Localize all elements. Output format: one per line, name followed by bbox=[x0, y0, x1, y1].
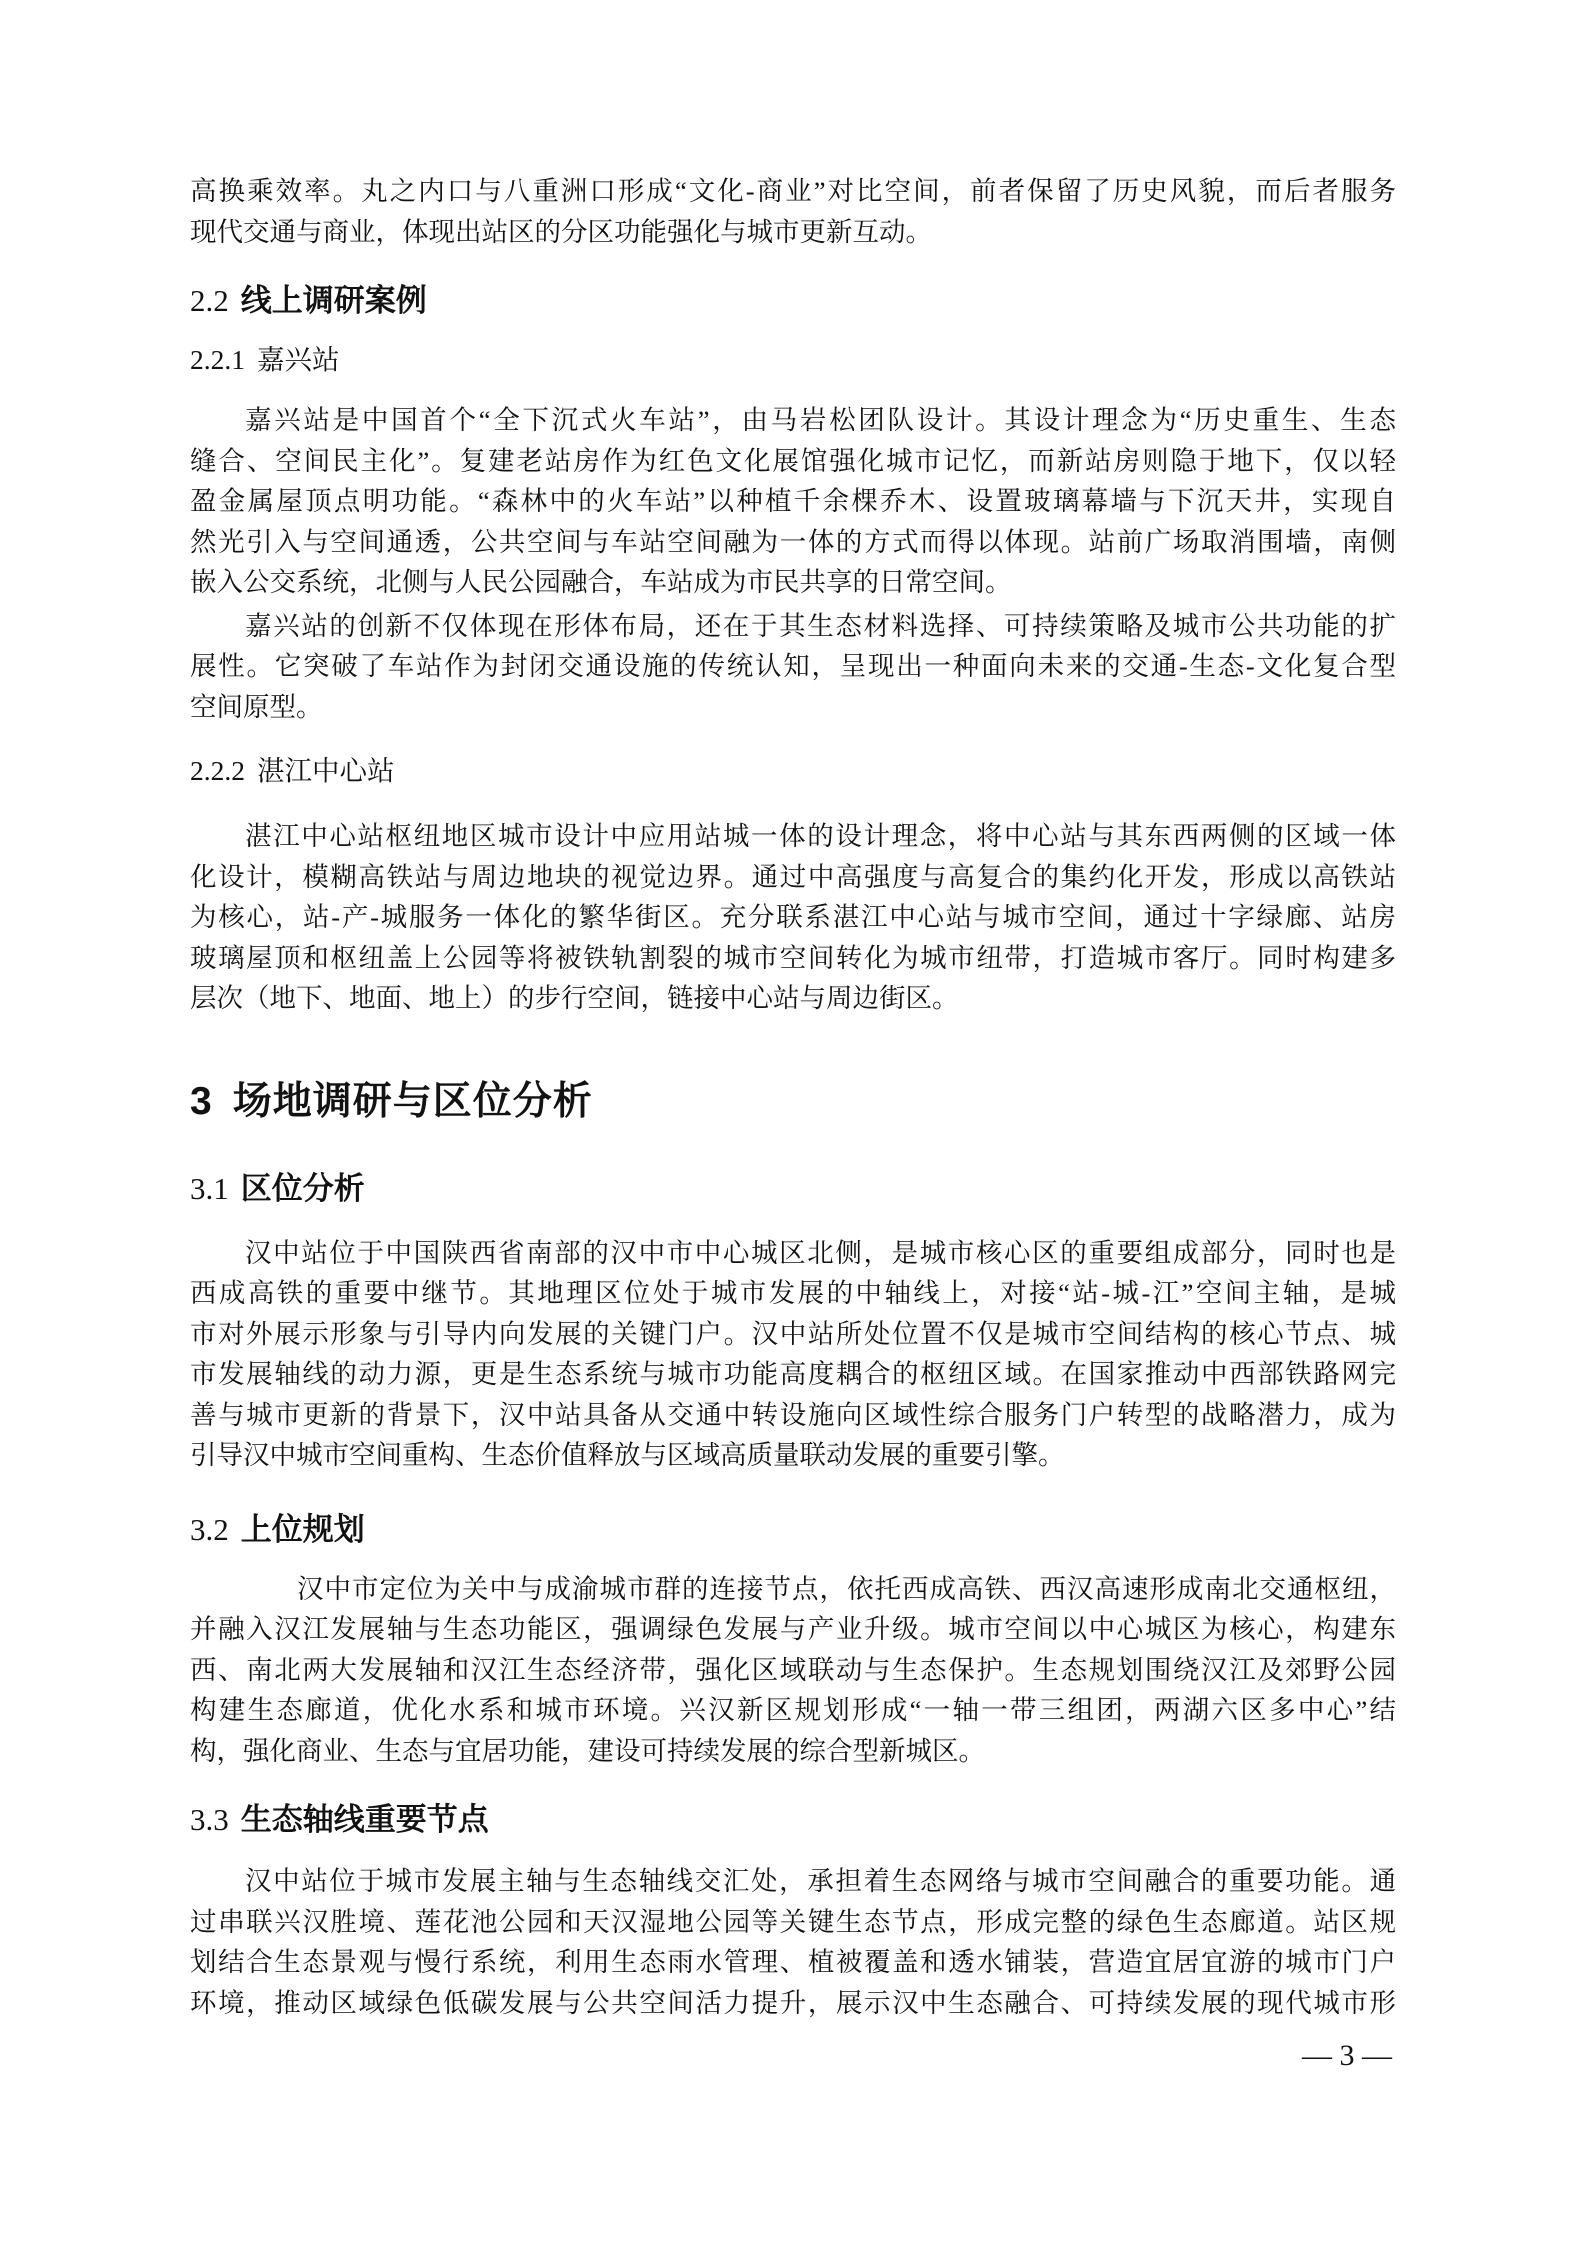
heading-label: 湛江中心站 bbox=[257, 755, 395, 786]
paragraph-location-analysis: 汉中站位于中国陕西省南部的汉中市中心城区北侧，是城市核心区的重要组成部分，同时也… bbox=[190, 1233, 1396, 1476]
heading-number: 2.2.2 bbox=[190, 755, 245, 786]
text-line: 盈金属屋顶点明功能。“森林中的火车站”以种植千余棵乔木、设置玻璃幕墙与下沉天井，… bbox=[190, 481, 1396, 522]
text-line: 环境，推动区域绿色低碳发展与公共空间活力提升，展示汉中生态融合、可持续发展的现代… bbox=[190, 1983, 1396, 2024]
paragraph-jiaxing-innovation: 嘉兴站的创新不仅体现在形体布局，还在于其生态材料选择、可持续策略及城市公共功能的… bbox=[190, 606, 1396, 728]
chapter-heading-3: 3场地调研与区位分析 bbox=[190, 1076, 1396, 1128]
text-line: 善与城市更新的背景下，汉中站具备从交通中转设施向区域性综合服务门户转型的战略潜力… bbox=[190, 1395, 1396, 1436]
heading-number: 3.3 bbox=[190, 1802, 229, 1837]
text-line: 层次（地下、地面、地上）的步行空间，链接中心站与周边街区。 bbox=[190, 978, 1396, 1019]
text-line: 玻璃屋顶和枢纽盖上公园等将被铁轨割裂的城市空间转化为城市纽带，打造城市客厅。同时… bbox=[190, 938, 1396, 979]
text-line: 划结合生态景观与慢行系统，利用生态雨水管理、植被覆盖和透水铺装，营造宜居宜游的城… bbox=[190, 1942, 1396, 1983]
section-heading-3-1: 3.1区位分析 bbox=[190, 1167, 1396, 1211]
text-line: 化设计，模糊高铁站与周边地块的视觉边界。通过中高强度与高复合的集约化开发，形成以… bbox=[190, 857, 1396, 898]
heading-label: 嘉兴站 bbox=[257, 344, 340, 375]
text-line: 西、南北两大发展轴和汉江生态经济带，强化区域联动与生态保护。生态规划围绕汉江及郊… bbox=[190, 1650, 1396, 1691]
heading-label: 上位规划 bbox=[241, 1512, 365, 1547]
document-page: 高换乘效率。丸之内口与八重洲口形成“文化-商业”对比空间，前者保留了历史风貌，而… bbox=[0, 0, 1586, 2245]
heading-number: 2.2.1 bbox=[190, 344, 245, 375]
text-line: 为核心，站-产-城服务一体化的繁华街区。充分联系湛江中心站与城市空间，通过十字绿… bbox=[190, 897, 1396, 938]
subsection-heading-2-2-1: 2.2.1嘉兴站 bbox=[190, 340, 1396, 380]
section-heading-3-3: 3.3生态轴线重要节点 bbox=[190, 1798, 1396, 1842]
heading-number: 3.1 bbox=[190, 1171, 229, 1206]
heading-number: 3.2 bbox=[190, 1512, 229, 1547]
text-line: 西成高铁的重要中继节。其地理区位处于城市发展的中轴线上，对接“站-城-江”空间主… bbox=[190, 1273, 1396, 1314]
text-line: 汉中市定位为关中与成渝城市群的连接节点，依托西成高铁、西汉高速形成南北交通枢纽， bbox=[190, 1569, 1396, 1610]
paragraph-continuation: 高换乘效率。丸之内口与八重洲口形成“文化-商业”对比空间，前者保留了历史风貌，而… bbox=[190, 171, 1396, 252]
subsection-heading-2-2-2: 2.2.2湛江中心站 bbox=[190, 751, 1396, 791]
heading-number: 2.2 bbox=[190, 283, 229, 318]
page-number: — 3 — bbox=[1302, 2038, 1392, 2074]
heading-label: 场地调研与区位分析 bbox=[233, 1080, 593, 1123]
text-line: 然光引入与空间通透，公共空间与车站空间融为一体的方式而得以体现。站前广场取消围墙… bbox=[190, 522, 1396, 563]
section-heading-3-2: 3.2上位规划 bbox=[190, 1508, 1396, 1552]
paragraph-zhanjiang-station: 湛江中心站枢纽地区城市设计中应用站城一体的设计理念，将中心站与其东西两侧的区域一… bbox=[190, 816, 1396, 1019]
text-line: 缝合、空间民主化”。复建老站房作为红色文化展馆强化城市记忆，而新站房则隐于地下，… bbox=[190, 441, 1396, 482]
text-line: 市对外展示形象与引导内向发展的关键门户。汉中站所处位置不仅是城市空间结构的核心节… bbox=[190, 1314, 1396, 1355]
text-line: 构，强化商业、生态与宜居功能，建设可持续发展的综合型新城区。 bbox=[190, 1731, 1396, 1772]
text-line: 构建生态廊道，优化水系和城市环境。兴汉新区规划形成“一轴一带三组团，两湖六区多中… bbox=[190, 1690, 1396, 1731]
text-line: 汉中站位于城市发展主轴与生态轴线交汇处，承担着生态网络与城市空间融合的重要功能。… bbox=[190, 1861, 1396, 1902]
text-line: 并融入汉江发展轴与生态功能区，强调绿色发展与产业升级。城市空间以中心城区为核心，… bbox=[190, 1609, 1396, 1650]
text-line: 嵌入公交系统，北侧与人民公园融合，车站成为市民共享的日常空间。 bbox=[190, 562, 1396, 603]
paragraph-ecological-axis: 汉中站位于城市发展主轴与生态轴线交汇处，承担着生态网络与城市空间融合的重要功能。… bbox=[190, 1861, 1396, 2023]
heading-label: 区位分析 bbox=[241, 1171, 365, 1206]
heading-label: 生态轴线重要节点 bbox=[241, 1802, 489, 1837]
text-line: 引导汉中城市空间重构、生态价值释放与区域高质量联动发展的重要引擎。 bbox=[190, 1435, 1396, 1476]
text-line: 展性。它突破了车站作为封闭交通设施的传统认知，呈现出一种面向未来的交通-生态-文… bbox=[190, 646, 1396, 687]
text-line: 嘉兴站是中国首个“全下沉式火车站”，由马岩松团队设计。其设计理念为“历史重生、生… bbox=[190, 400, 1396, 441]
page-content: 高换乘效率。丸之内口与八重洲口形成“文化-商业”对比空间，前者保留了历史风貌，而… bbox=[190, 171, 1396, 2023]
text-line: 空间原型。 bbox=[190, 687, 1396, 728]
text-line: 现代交通与商业，体现出站区的分区功能强化与城市更新互动。 bbox=[190, 212, 1396, 253]
text-line: 高换乘效率。丸之内口与八重洲口形成“文化-商业”对比空间，前者保留了历史风貌，而… bbox=[190, 171, 1396, 212]
text-line: 湛江中心站枢纽地区城市设计中应用站城一体的设计理念，将中心站与其东西两侧的区域一… bbox=[190, 816, 1396, 857]
section-heading-2-2: 2.2线上调研案例 bbox=[190, 279, 1396, 323]
text-line: 嘉兴站的创新不仅体现在形体布局，还在于其生态材料选择、可持续策略及城市公共功能的… bbox=[190, 606, 1396, 647]
text-line: 汉中站位于中国陕西省南部的汉中市中心城区北侧，是城市核心区的重要组成部分，同时也… bbox=[190, 1233, 1396, 1274]
text-line: 市发展轴线的动力源，更是生态系统与城市功能高度耦合的枢纽区域。在国家推动中西部铁… bbox=[190, 1354, 1396, 1395]
paragraph-jiaxing-station: 嘉兴站是中国首个“全下沉式火车站”，由马岩松团队设计。其设计理念为“历史重生、生… bbox=[190, 400, 1396, 603]
paragraph-upper-level-planning: 汉中市定位为关中与成渝城市群的连接节点，依托西成高铁、西汉高速形成南北交通枢纽，… bbox=[190, 1569, 1396, 1772]
heading-label: 线上调研案例 bbox=[241, 283, 427, 318]
text-line: 过串联兴汉胜境、莲花池公园和天汉湿地公园等关键生态节点，形成完整的绿色生态廊道。… bbox=[190, 1902, 1396, 1943]
heading-number: 3 bbox=[190, 1080, 213, 1123]
